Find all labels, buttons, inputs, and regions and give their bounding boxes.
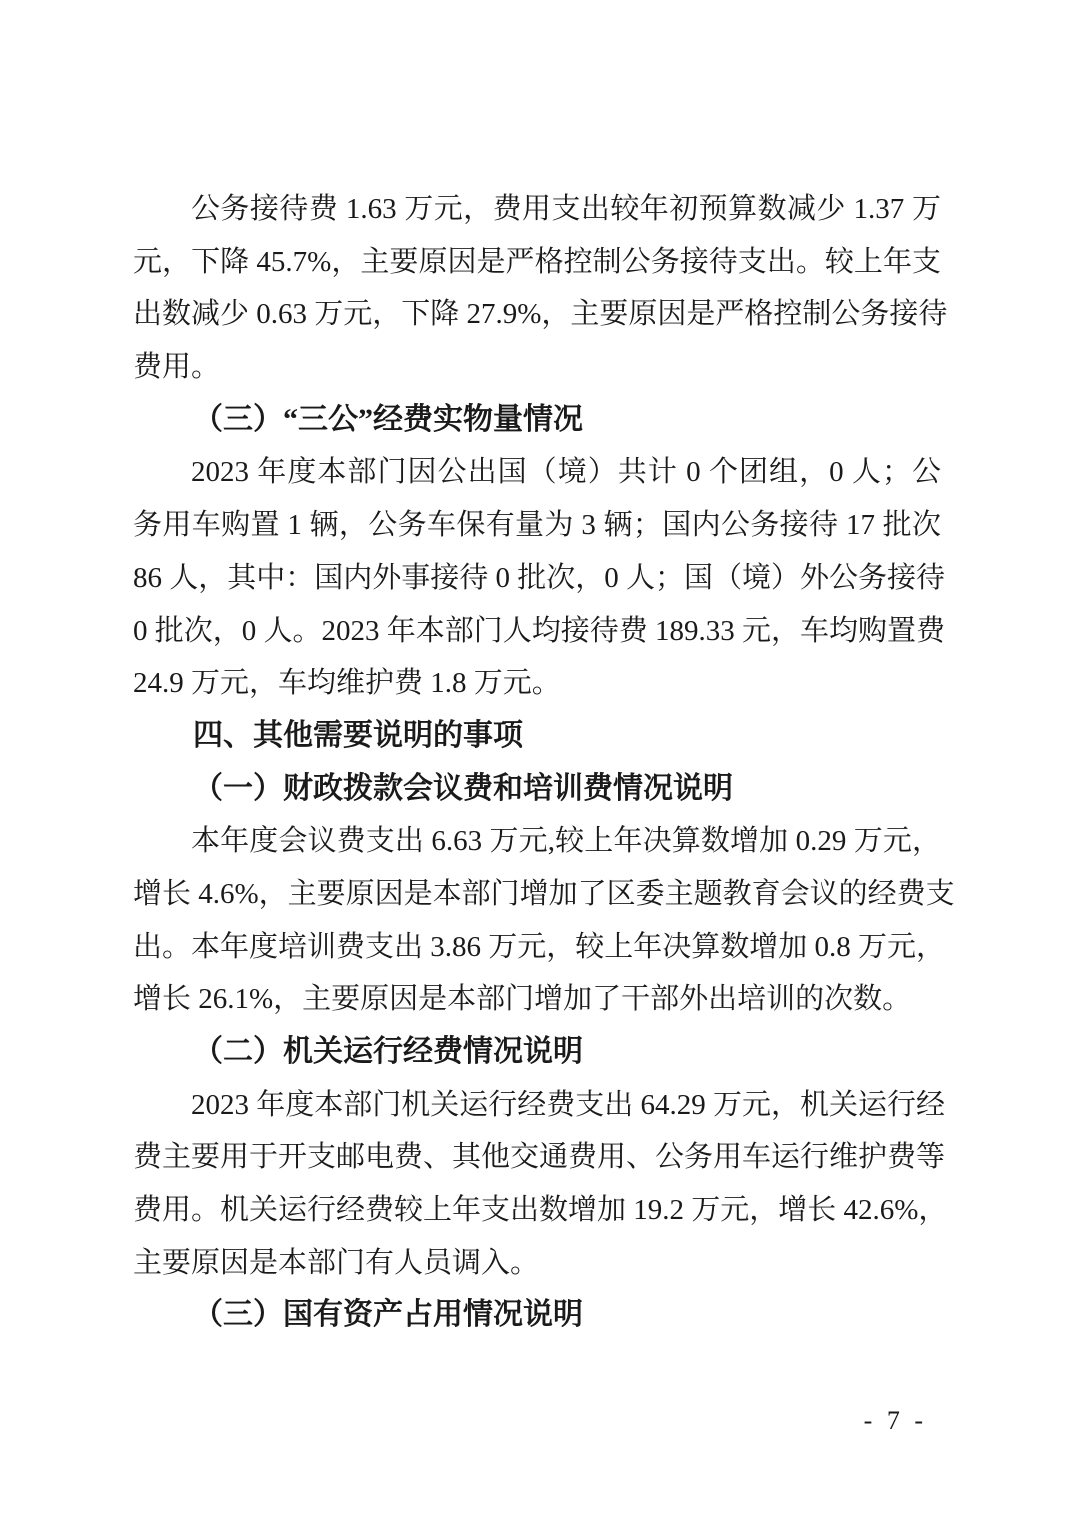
paragraph-meeting-training-line: 增长 26.1%，主要原因是本部门增加了干部外出培训的次数。	[133, 973, 941, 1026]
paragraph-operating-funds-line: 2023 年度本部门机关运行经费支出 64.29 万元，机关运行经	[133, 1079, 941, 1132]
document-text-block: 公务接待费 1.63 万元，费用支出较年初预算数减少 1.37 万 元，下降 4…	[133, 183, 941, 1342]
paragraph-physical-line: 24.9 万元，车均维护费 1.8 万元。	[133, 657, 941, 710]
paragraph-meeting-training-line: 增长 4.6%，主要原因是本部门增加了区委主题教育会议的经费支	[133, 868, 941, 921]
paragraph-reception-line: 费用。	[133, 341, 941, 394]
heading-state-assets: （三）国有资产占用情况说明	[133, 1289, 941, 1342]
paragraph-operating-funds-line: 主要原因是本部门有人员调入。	[133, 1237, 941, 1290]
paragraph-reception-line: 元，下降 45.7%，主要原因是严格控制公务接待支出。较上年支	[133, 236, 941, 289]
paragraph-physical-line: 务用车购置 1 辆，公务车保有量为 3 辆；国内公务接待 17 批次	[133, 499, 941, 552]
document-page: 公务接待费 1.63 万元，费用支出较年初预算数减少 1.37 万 元，下降 4…	[0, 0, 1075, 1520]
heading-three-public-physical: （三）“三公”经费实物量情况	[133, 394, 941, 447]
paragraph-operating-funds-line: 费用。机关运行经费较上年支出数增加 19.2 万元，增长 42.6%，	[133, 1184, 941, 1237]
paragraph-physical-line: 86 人，其中：国内外事接待 0 批次，0 人；国（境）外公务接待	[133, 552, 941, 605]
paragraph-operating-funds-line: 费主要用于开支邮电费、其他交通费用、公务用车运行维护费等	[133, 1131, 941, 1184]
paragraph-reception-line: 出数减少 0.63 万元，下降 27.9%，主要原因是严格控制公务接待	[133, 288, 941, 341]
paragraph-physical-line: 0 批次，0 人。2023 年本部门人均接待费 189.33 元，车均购置费	[133, 605, 941, 658]
heading-meeting-training: （一）财政拨款会议费和培训费情况说明	[133, 763, 941, 816]
paragraph-reception-line: 公务接待费 1.63 万元，费用支出较年初预算数减少 1.37 万	[133, 183, 941, 236]
page-number: - 7 -	[864, 1406, 927, 1436]
heading-operating-funds: （二）机关运行经费情况说明	[133, 1026, 941, 1079]
paragraph-meeting-training-line: 出。本年度培训费支出 3.86 万元，较上年决算数增加 0.8 万元，	[133, 921, 941, 974]
paragraph-physical-line: 2023 年度本部门因公出国（境）共计 0 个团组，0 人；公	[133, 446, 941, 499]
paragraph-meeting-training-line: 本年度会议费支出 6.63 万元,较上年决算数增加 0.29 万元，	[133, 815, 941, 868]
heading-other-items: 四、其他需要说明的事项	[133, 710, 941, 763]
